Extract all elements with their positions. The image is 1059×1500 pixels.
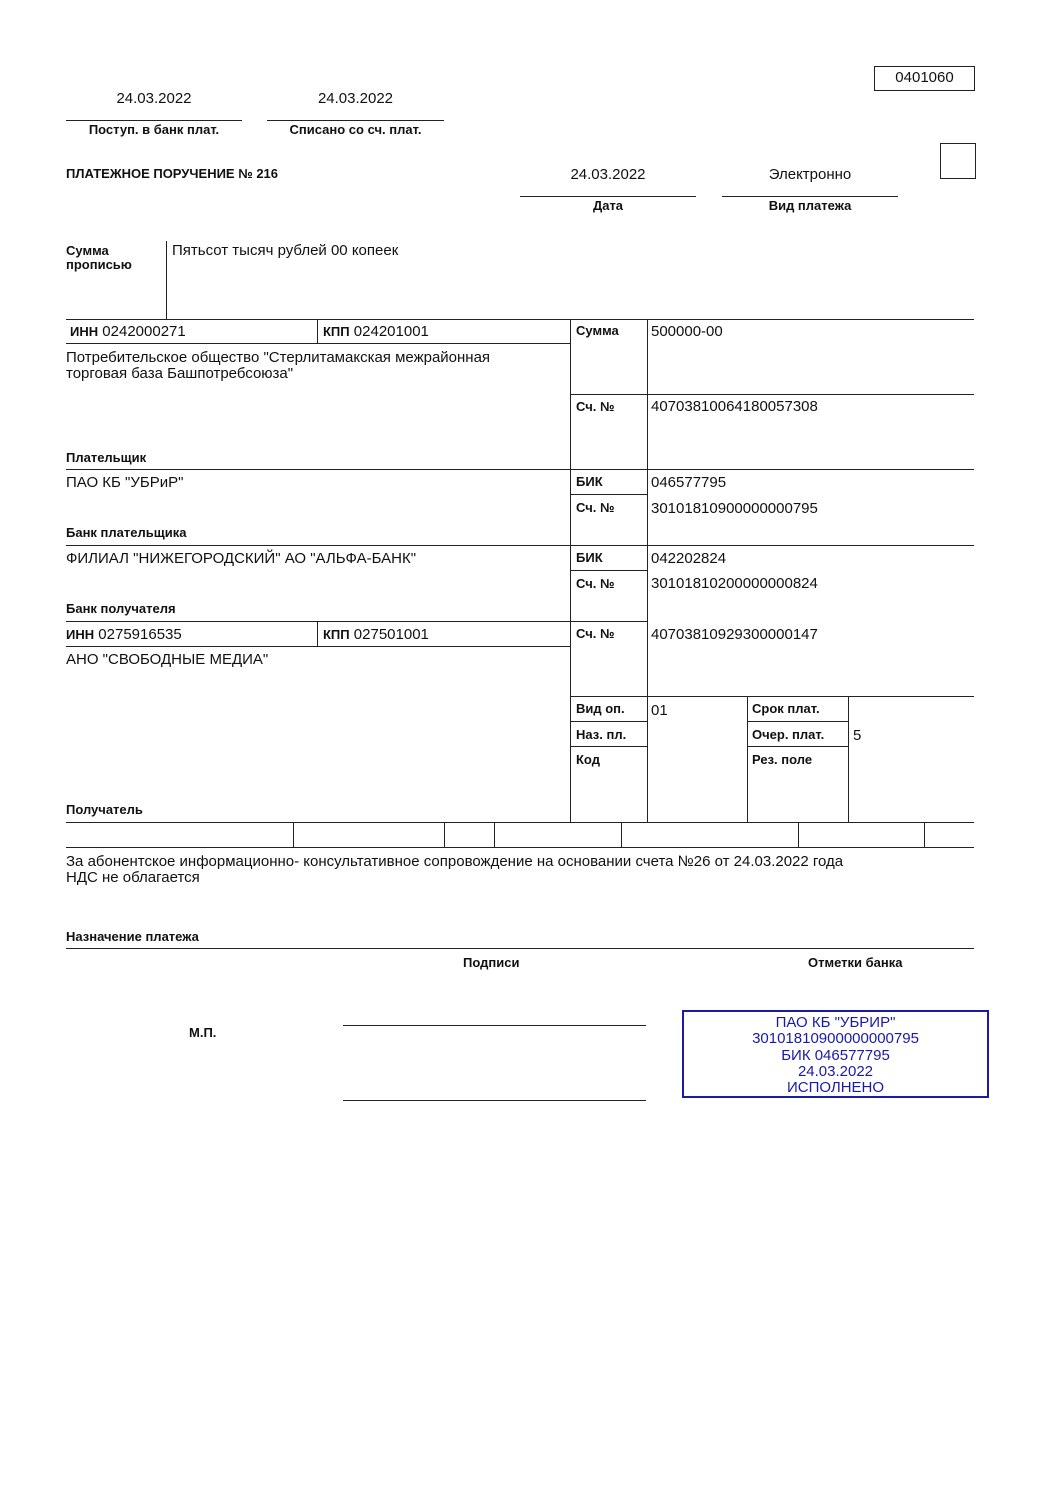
recipient-kpp-value: 027501001 — [354, 626, 429, 643]
stamp-bik: БИК 046577795 — [684, 1048, 987, 1064]
recipient-bank-account-label: Сч. № — [576, 576, 614, 591]
grid-line — [494, 822, 495, 847]
priority-label: Очер. плат. — [752, 727, 824, 742]
document-date: 24.03.2022 — [520, 166, 696, 183]
purpose-line-1: За абонентское информационно- консультат… — [66, 853, 843, 870]
amount-words-value: Пятьсот тысяч рублей 00 копеек — [172, 242, 398, 259]
op-type-label: Вид оп. — [576, 701, 625, 716]
grid-line — [293, 822, 294, 847]
payment-type: Электронно — [722, 166, 898, 183]
signature-line-2 — [343, 1100, 646, 1101]
recipient-inn-value: 0275916535 — [98, 626, 181, 643]
grid-line — [924, 822, 925, 847]
recipient-bank-label: Банк получателя — [66, 601, 176, 616]
grid-line — [317, 319, 318, 343]
payer-kpp-label: КПП — [323, 324, 350, 339]
grid-line — [570, 494, 647, 495]
payer-account-label: Сч. № — [576, 399, 614, 414]
recipient-account-label: Сч. № — [576, 626, 614, 641]
payer-bank-label: Банк плательщика — [66, 525, 186, 540]
recipient-bank-bik: 042202824 — [651, 550, 726, 567]
grid-line — [66, 621, 647, 622]
document-date-label: Дата — [520, 198, 696, 213]
grid-line — [66, 545, 974, 546]
received-date: 24.03.2022 — [66, 90, 242, 107]
bank-stamp: ПАО КБ "УБРИР" 30101810900000000795 БИК … — [682, 1010, 989, 1098]
purpose-line-2: НДС не облагается — [66, 869, 200, 886]
amount-words-label-2: прописью — [66, 257, 132, 272]
amount-value: 500000-00 — [651, 323, 723, 340]
payer-inn-label: ИНН — [70, 324, 98, 339]
code-label: Код — [576, 752, 600, 767]
page-title: ПЛАТЕЖНОЕ ПОРУЧЕНИЕ № 216 — [66, 166, 278, 181]
debited-date-line — [267, 120, 444, 121]
stamp-status: ИСПОЛНЕНО — [684, 1080, 987, 1096]
recipient-kpp: КПП 027501001 — [323, 626, 429, 643]
grid-line — [66, 469, 974, 470]
stamp-account: 30101810900000000795 — [684, 1031, 987, 1047]
grid-line — [317, 621, 318, 646]
grid-line — [66, 847, 974, 848]
grid-line — [570, 696, 974, 697]
payer-kpp: КПП 024201001 — [323, 323, 429, 340]
form-code: 0401060 — [874, 66, 975, 91]
signature-line-1 — [343, 1025, 646, 1026]
stamp-date: 24.03.2022 — [684, 1064, 987, 1080]
payer-bank-account: 30101810900000000795 — [651, 500, 818, 517]
payer-account-value: 40703810064180057308 — [651, 398, 818, 415]
priority-value: 5 — [853, 727, 861, 744]
recipient-account: 40703810929300000147 — [651, 626, 818, 643]
grid-line — [570, 570, 647, 571]
grid-line — [747, 746, 848, 747]
recipient-inn-label: ИНН — [66, 627, 94, 642]
op-type-value: 01 — [651, 702, 668, 719]
grid-line — [66, 343, 570, 344]
recipient-label: Получатель — [66, 802, 143, 817]
recipient-bank-name: ФИЛИАЛ "НИЖЕГОРОДСКИЙ" АО "АЛЬФА-БАНК" — [66, 550, 416, 567]
payer-name-line-1: Потребительское общество "Стерлитамакска… — [66, 349, 490, 366]
recipient-inn: ИНН 0275916535 — [66, 626, 182, 643]
debited-date: 24.03.2022 — [267, 90, 444, 107]
payment-type-label: Вид платежа — [722, 198, 898, 213]
amount-words-label-1: Сумма — [66, 243, 109, 258]
grid-line — [798, 822, 799, 847]
grid-line — [848, 696, 849, 822]
document-date-line — [520, 196, 696, 197]
recipient-kpp-label: КПП — [323, 627, 350, 642]
stamp-bank-name: ПАО КБ "УБРИР" — [684, 1015, 987, 1031]
payment-type-line — [722, 196, 898, 197]
grid-line — [66, 822, 974, 823]
payer-bank-account-label: Сч. № — [576, 500, 614, 515]
grid-line — [747, 721, 848, 722]
grid-line — [66, 319, 974, 320]
purpose-label: Назначение платежа — [66, 929, 199, 944]
deadline-label: Срок плат. — [752, 701, 820, 716]
reserve-label: Рез. поле — [752, 752, 812, 767]
signatures-label: Подписи — [463, 955, 519, 970]
payer-inn-value: 0242000271 — [102, 323, 185, 340]
grid-line — [570, 721, 647, 722]
grid-line — [66, 948, 974, 949]
grid-line — [570, 394, 974, 395]
grid-line — [570, 746, 647, 747]
payer-bank-bik-label: БИК — [576, 474, 603, 489]
payer-label: Плательщик — [66, 450, 146, 465]
payer-inn: ИНН 0242000271 — [70, 323, 186, 340]
grid-line — [747, 696, 748, 822]
recipient-bank-bik-label: БИК — [576, 550, 603, 565]
received-date-label: Поступ. в банк плат. — [66, 122, 242, 137]
status-checkbox — [940, 143, 976, 179]
amount-label: Сумма — [576, 323, 619, 338]
payer-bank-bik: 046577795 — [651, 474, 726, 491]
bank-marks-label: Отметки банка — [808, 955, 902, 970]
grid-line — [621, 822, 622, 847]
payer-name-line-2: торговая база Башпотребсоюза" — [66, 365, 293, 382]
debited-date-label: Списано со сч. плат. — [267, 122, 444, 137]
amount-words-divider — [166, 241, 167, 319]
seal-label: М.П. — [189, 1025, 216, 1040]
received-date-line — [66, 120, 242, 121]
purpose-code-label: Наз. пл. — [576, 727, 626, 742]
payer-kpp-value: 024201001 — [354, 323, 429, 340]
grid-line — [444, 822, 445, 847]
recipient-bank-account: 30101810200000000824 — [651, 575, 818, 592]
payer-bank-name: ПАО КБ "УБРиР" — [66, 474, 183, 491]
recipient-name: АНО "СВОБОДНЫЕ МЕДИА" — [66, 651, 268, 668]
grid-line — [66, 646, 570, 647]
